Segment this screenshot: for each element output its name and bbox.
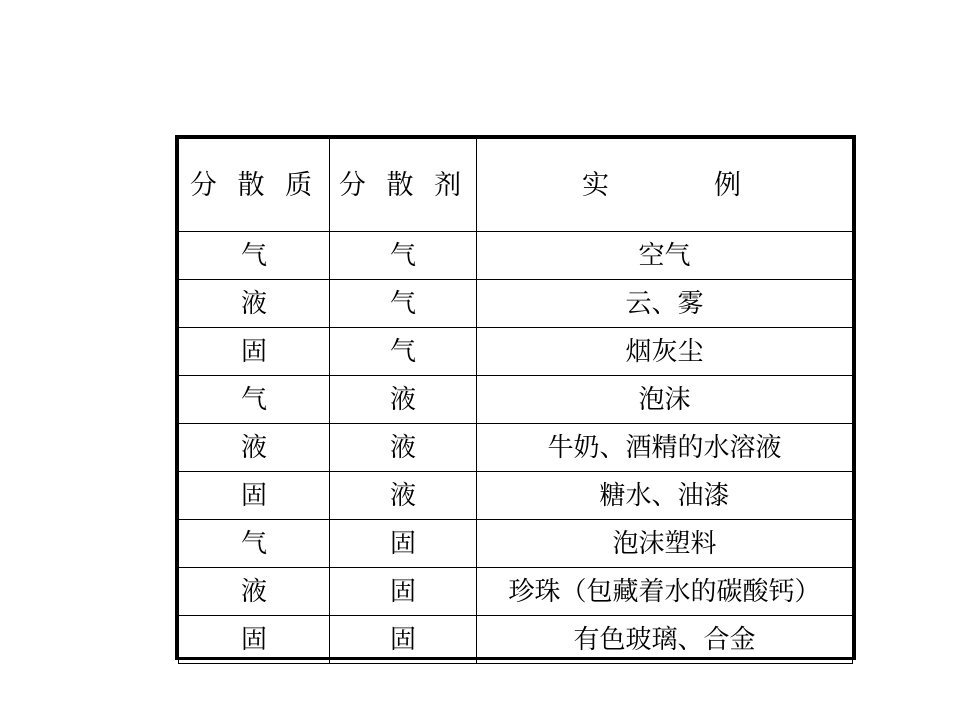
header-row: 分 散 质 分 散 剂 实 例 — [179, 139, 853, 232]
cell-dispersion-medium: 固 — [330, 616, 477, 664]
table-row: 液液牛奶、酒精的水溶液 — [179, 424, 853, 472]
cell-dispersed-phase: 液 — [179, 568, 330, 616]
header-dispersion-medium: 分 散 剂 — [330, 139, 477, 232]
table-row: 液气云、雾 — [179, 280, 853, 328]
cell-example: 牛奶、酒精的水溶液 — [477, 424, 853, 472]
table-row: 气液泡沫 — [179, 376, 853, 424]
cell-dispersed-phase: 气 — [179, 376, 330, 424]
cell-dispersion-medium: 固 — [330, 520, 477, 568]
cell-dispersed-phase: 液 — [179, 280, 330, 328]
header-dispersed-phase: 分 散 质 — [179, 139, 330, 232]
cell-example: 云、雾 — [477, 280, 853, 328]
cell-dispersed-phase: 液 — [179, 424, 330, 472]
cell-dispersion-medium: 液 — [330, 472, 477, 520]
cell-dispersion-medium: 气 — [330, 232, 477, 280]
table-row: 气固泡沫塑料 — [179, 520, 853, 568]
cell-dispersed-phase: 气 — [179, 232, 330, 280]
cell-dispersed-phase: 气 — [179, 520, 330, 568]
cell-dispersion-medium: 气 — [330, 328, 477, 376]
cell-dispersion-medium: 气 — [330, 280, 477, 328]
table-row: 固液糖水、油漆 — [179, 472, 853, 520]
table-row: 液固珍珠（包藏着水的碳酸钙） — [179, 568, 853, 616]
cell-example: 珍珠（包藏着水的碳酸钙） — [477, 568, 853, 616]
table-row: 气气空气 — [179, 232, 853, 280]
header-examples: 实 例 — [477, 139, 853, 232]
cell-dispersion-medium: 固 — [330, 568, 477, 616]
cell-dispersion-medium: 液 — [330, 424, 477, 472]
cell-dispersion-medium: 液 — [330, 376, 477, 424]
cell-dispersed-phase: 固 — [179, 616, 330, 664]
table-row: 固固有色玻璃、合金 — [179, 616, 853, 664]
cell-dispersed-phase: 固 — [179, 328, 330, 376]
table-row: 固气烟灰尘 — [179, 328, 853, 376]
cell-example: 泡沫 — [477, 376, 853, 424]
cell-dispersed-phase: 固 — [179, 472, 330, 520]
cell-example: 烟灰尘 — [477, 328, 853, 376]
cell-example: 空气 — [477, 232, 853, 280]
dispersion-system-table: 分 散 质 分 散 剂 实 例 气气空气液气云、雾固气烟灰尘气液泡沫液液牛奶、酒… — [175, 135, 856, 660]
table-grid: 分 散 质 分 散 剂 实 例 气气空气液气云、雾固气烟灰尘气液泡沫液液牛奶、酒… — [178, 138, 853, 664]
cell-example: 糖水、油漆 — [477, 472, 853, 520]
cell-example: 有色玻璃、合金 — [477, 616, 853, 664]
cell-example: 泡沫塑料 — [477, 520, 853, 568]
